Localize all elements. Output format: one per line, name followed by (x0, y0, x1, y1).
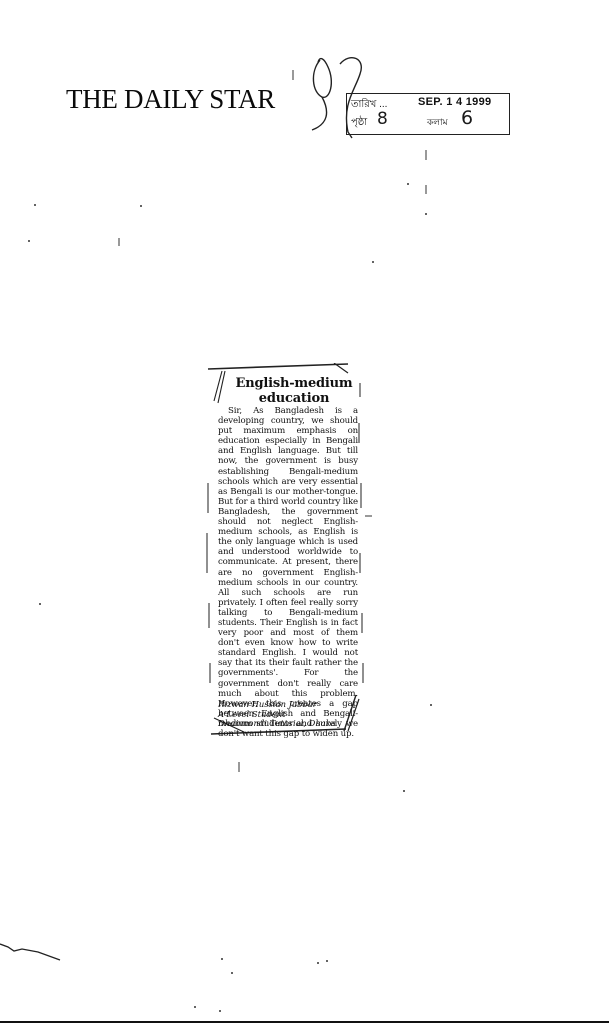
speck (407, 183, 409, 185)
speck (430, 704, 432, 706)
speck (221, 958, 223, 960)
speck (372, 261, 374, 263)
speck (326, 960, 328, 962)
speck (403, 790, 405, 792)
speck (425, 213, 427, 215)
speck (140, 205, 142, 207)
speck (34, 204, 36, 206)
speck (219, 1010, 221, 1012)
speck (28, 240, 30, 242)
speck (317, 962, 319, 964)
scan-artifacts (0, 0, 609, 1024)
speck (194, 1006, 196, 1008)
speck (231, 972, 233, 974)
speck (39, 603, 41, 605)
